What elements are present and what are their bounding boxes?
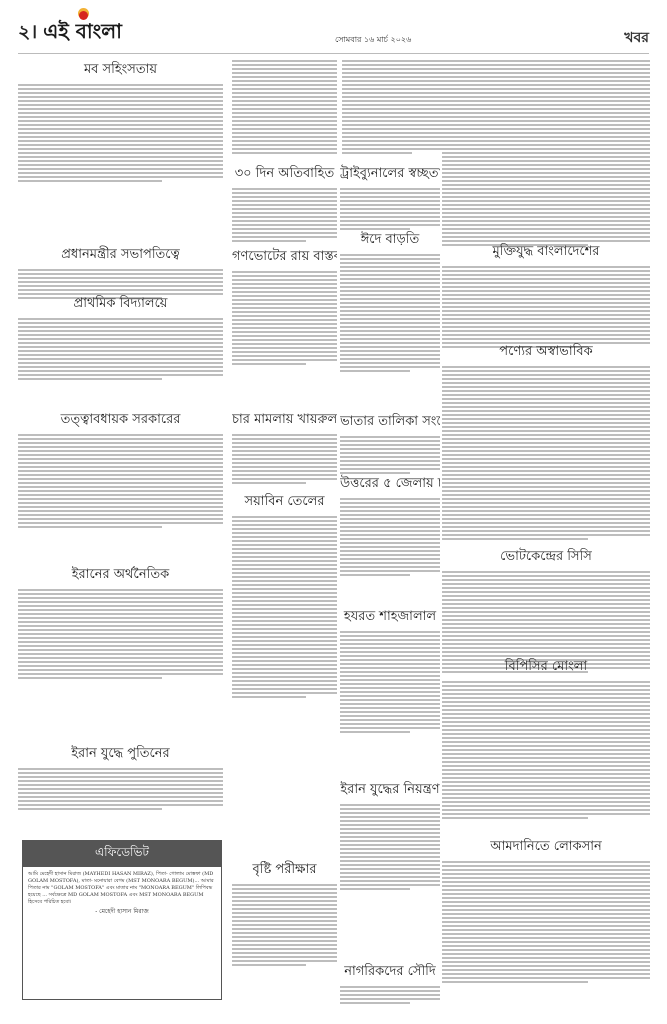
- headline: ভাতার তালিকা সংশোধন: [340, 412, 440, 433]
- headline: বৃষ্টি পরীক্ষার: [232, 860, 337, 881]
- article-iran-war-control: ইরান যুদ্ধের নিয়ন্ত্রণ: [340, 778, 440, 892]
- headline: প্রধানমন্ত্রীর সভাপতিত্বে: [18, 245, 223, 266]
- affidavit-notice: এফিডেভিট আমি মেহেদী হাসান মিরাজ (MAYHEDI…: [22, 840, 222, 1000]
- edition-date: সোমবার ১৬ মার্চ ২০২৬: [335, 34, 411, 50]
- article-liberation-war: মুক্তিযুদ্ধ বাংলাদেশের: [442, 240, 650, 350]
- headline: মুক্তিযুদ্ধ বাংলাদেশের: [442, 242, 650, 263]
- article-saudi-citizens: নাগরিকদের সৌদি: [340, 960, 440, 1006]
- article-eid-extra: ঈদে বাড়তি: [340, 228, 440, 374]
- headline: উত্তরের ৫ জেলায় চা: [340, 474, 440, 495]
- article-tribunal-prelude: [342, 58, 442, 156]
- headline: ট্রাইব্যুনালের স্বচ্ছতায়: [340, 164, 440, 185]
- headline: পণ্যের অস্বাভাবিক: [442, 342, 650, 363]
- article-continued-top: [232, 58, 337, 156]
- headline: বিপিসির মোংলা: [442, 657, 650, 678]
- headline: তত্ত্বাবধায়ক সরকারের: [18, 410, 223, 431]
- headline: গণভোটের রায় বাস্তবায়নের: [232, 247, 337, 268]
- article-caretaker-govt: তত্ত্বাবধায়ক সরকারের: [18, 408, 223, 530]
- headline: সয়াবিন তেলের: [232, 492, 337, 513]
- article-referendum: গণভোটের রায় বাস্তবায়নের: [232, 245, 337, 367]
- article-tribunal: ট্রাইব্যুনালের স্বচ্ছতায়: [340, 162, 440, 232]
- article-import-loss: আমদানিতে লোকসান: [442, 835, 650, 985]
- headline: আমদানিতে লোকসান: [442, 837, 650, 858]
- headline: হযরত শাহজালাল: [340, 607, 440, 628]
- affidavit-title: এফিডেভিট: [23, 841, 221, 867]
- headline: ঈদে বাড়তি: [340, 230, 440, 251]
- article-shahjalal: হযরত শাহজালাল: [340, 605, 440, 735]
- article-30-days: ৩০ দিন অতিবাহিত: [232, 162, 337, 244]
- article-col3-top: [442, 58, 650, 248]
- article-primary-school: প্রাথমিক বিদ্যালয়ে: [18, 292, 223, 382]
- headline: ইরান যুদ্ধের নিয়ন্ত্রণ: [340, 780, 440, 801]
- headline: প্রাথমিক বিদ্যালয়ে: [18, 294, 223, 315]
- headline: ভোটকেন্দ্রের সিসি: [442, 547, 650, 568]
- article-putin-iran-war: ইরান যুদ্ধে পুতিনের: [18, 742, 223, 812]
- headline: চার মামলায় খায়রুল: [232, 410, 337, 431]
- masthead: ২। এই বাংলা সোমবার ১৬ মার্চ ২০২৬ খবর: [18, 22, 649, 54]
- article-abnormal-goods: পণ্যের অস্বাভাবিক: [442, 340, 650, 542]
- affidavit-body: আমি মেহেদী হাসান মিরাজ (MAYHEDI HASAN MI…: [28, 871, 216, 906]
- headline: মব সহিংসতায়: [18, 60, 223, 81]
- article-soybean-oil: সয়াবিন তেলের: [232, 490, 337, 700]
- headline: ৩০ দিন অতিবাহিত: [232, 164, 337, 185]
- article-mob-violence: মব সহিংসতায়: [18, 58, 223, 184]
- affidavit-signature: - মেহেদী হাসান মিরাজ: [28, 908, 216, 915]
- headline: ইরান যুদ্ধে পুতিনের: [18, 744, 223, 765]
- headline: ইরানের অর্থনৈতিক: [18, 565, 223, 586]
- logo-text: এই বাংলা: [43, 19, 122, 43]
- article-iran-economy: ইরানের অর্থনৈতিক: [18, 563, 223, 681]
- article-rain-exam: বৃষ্টি পরীক্ষার: [232, 858, 337, 968]
- headline: নাগরিকদের সৌদি: [340, 962, 440, 983]
- section-label: খবর: [624, 26, 649, 50]
- article-tea-north: উত্তরের ৫ জেলায় চা: [340, 472, 440, 578]
- article-khairul: চার মামলায় খায়রুল: [232, 408, 337, 486]
- article-bpc-mongla: বিপিসির মোংলা: [442, 655, 650, 821]
- article-allowance-list: ভাতার তালিকা সংশোধন: [340, 410, 440, 476]
- newspaper-logo: এই বাংলা: [43, 17, 122, 50]
- page-number: ২।: [18, 18, 37, 50]
